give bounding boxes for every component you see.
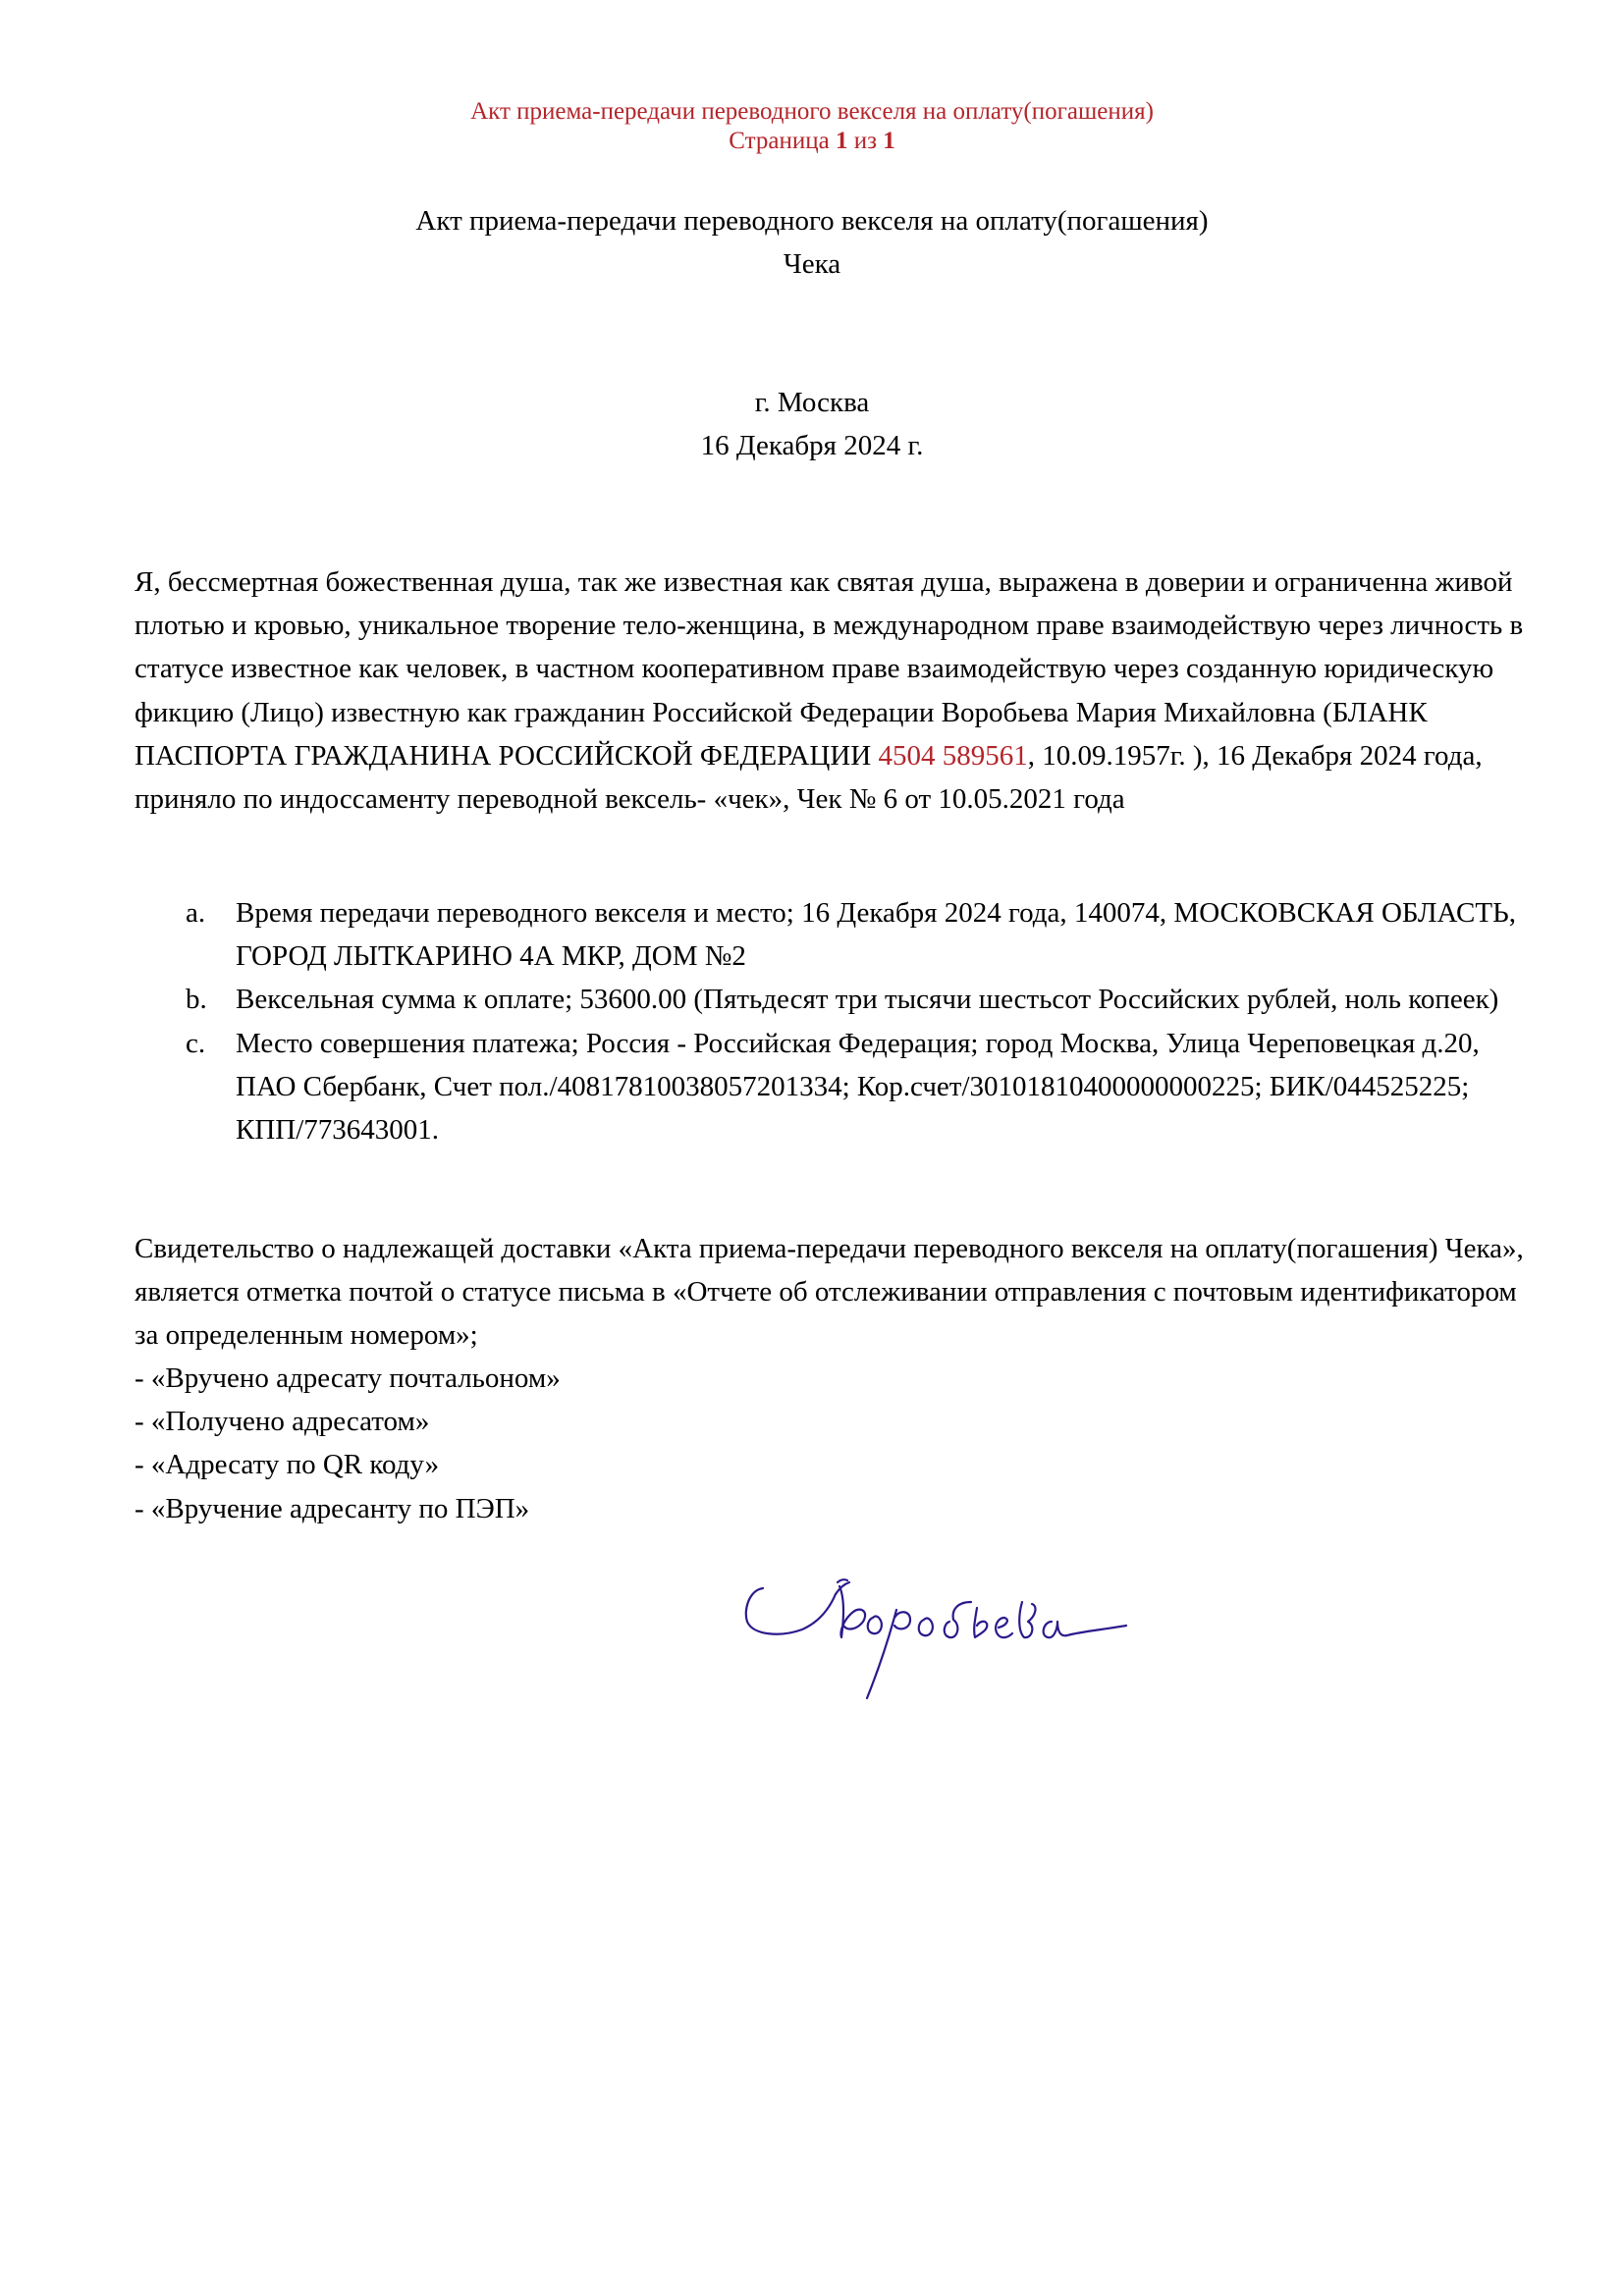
list-item: c. Место совершения платежа; Россия - Ро…	[135, 1022, 1539, 1152]
delivery-paragraph: Свидетельство о надлежащей доставки «Акт…	[135, 1227, 1539, 1358]
place-and-date: г. Москва 16 Декабря 2024 г.	[0, 381, 1624, 467]
page-counter: Страница 1 из 1	[0, 127, 1624, 156]
details-list: a. Время передачи переводного векселя и …	[135, 891, 1539, 1151]
city: г. Москва	[0, 381, 1624, 424]
list-item: a. Время передачи переводного векселя и …	[135, 891, 1539, 978]
document-title: Акт приема-передачи переводного векселя …	[0, 199, 1624, 286]
list-item-text: Место совершения платежа; Россия - Росси…	[236, 1028, 1480, 1146]
page-total: 1	[883, 128, 895, 154]
list-marker: c.	[186, 1022, 205, 1065]
document-date: 16 Декабря 2024 г.	[0, 424, 1624, 467]
page-current: 1	[836, 128, 848, 154]
status-item: - «Вручено адресату почтальоном»	[135, 1357, 561, 1400]
list-item-text: Вексельная сумма к оплате; 53600.00 (Пят…	[236, 984, 1498, 1015]
page-of: из	[847, 128, 883, 154]
main-paragraph: Я, бессмертная божественная душа, так же…	[135, 561, 1529, 821]
document-title-line1: Акт приема-передачи переводного векселя …	[0, 199, 1624, 242]
status-list: - «Вручено адресату почтальоном» - «Полу…	[135, 1357, 561, 1530]
signature-icon	[741, 1561, 1134, 1708]
status-item: - «Адресату по QR коду»	[135, 1443, 561, 1486]
list-marker: b.	[186, 978, 207, 1021]
header-title: Акт приема-передачи переводного векселя …	[0, 97, 1624, 127]
signature	[741, 1561, 1134, 1708]
document-title-line2: Чека	[0, 242, 1624, 286]
page-prefix: Страница	[729, 128, 836, 154]
list-item-text: Время передачи переводного векселя и мес…	[236, 897, 1516, 972]
list-marker: a.	[186, 891, 205, 934]
status-item: - «Получено адресатом»	[135, 1400, 561, 1443]
passport-number: 4504 589561	[878, 740, 1027, 772]
status-item: - «Вручение адресанту по ПЭП»	[135, 1487, 561, 1530]
list-item: b. Вексельная сумма к оплате; 53600.00 (…	[135, 978, 1539, 1021]
page-header: Акт приема-передачи переводного векселя …	[0, 97, 1624, 156]
